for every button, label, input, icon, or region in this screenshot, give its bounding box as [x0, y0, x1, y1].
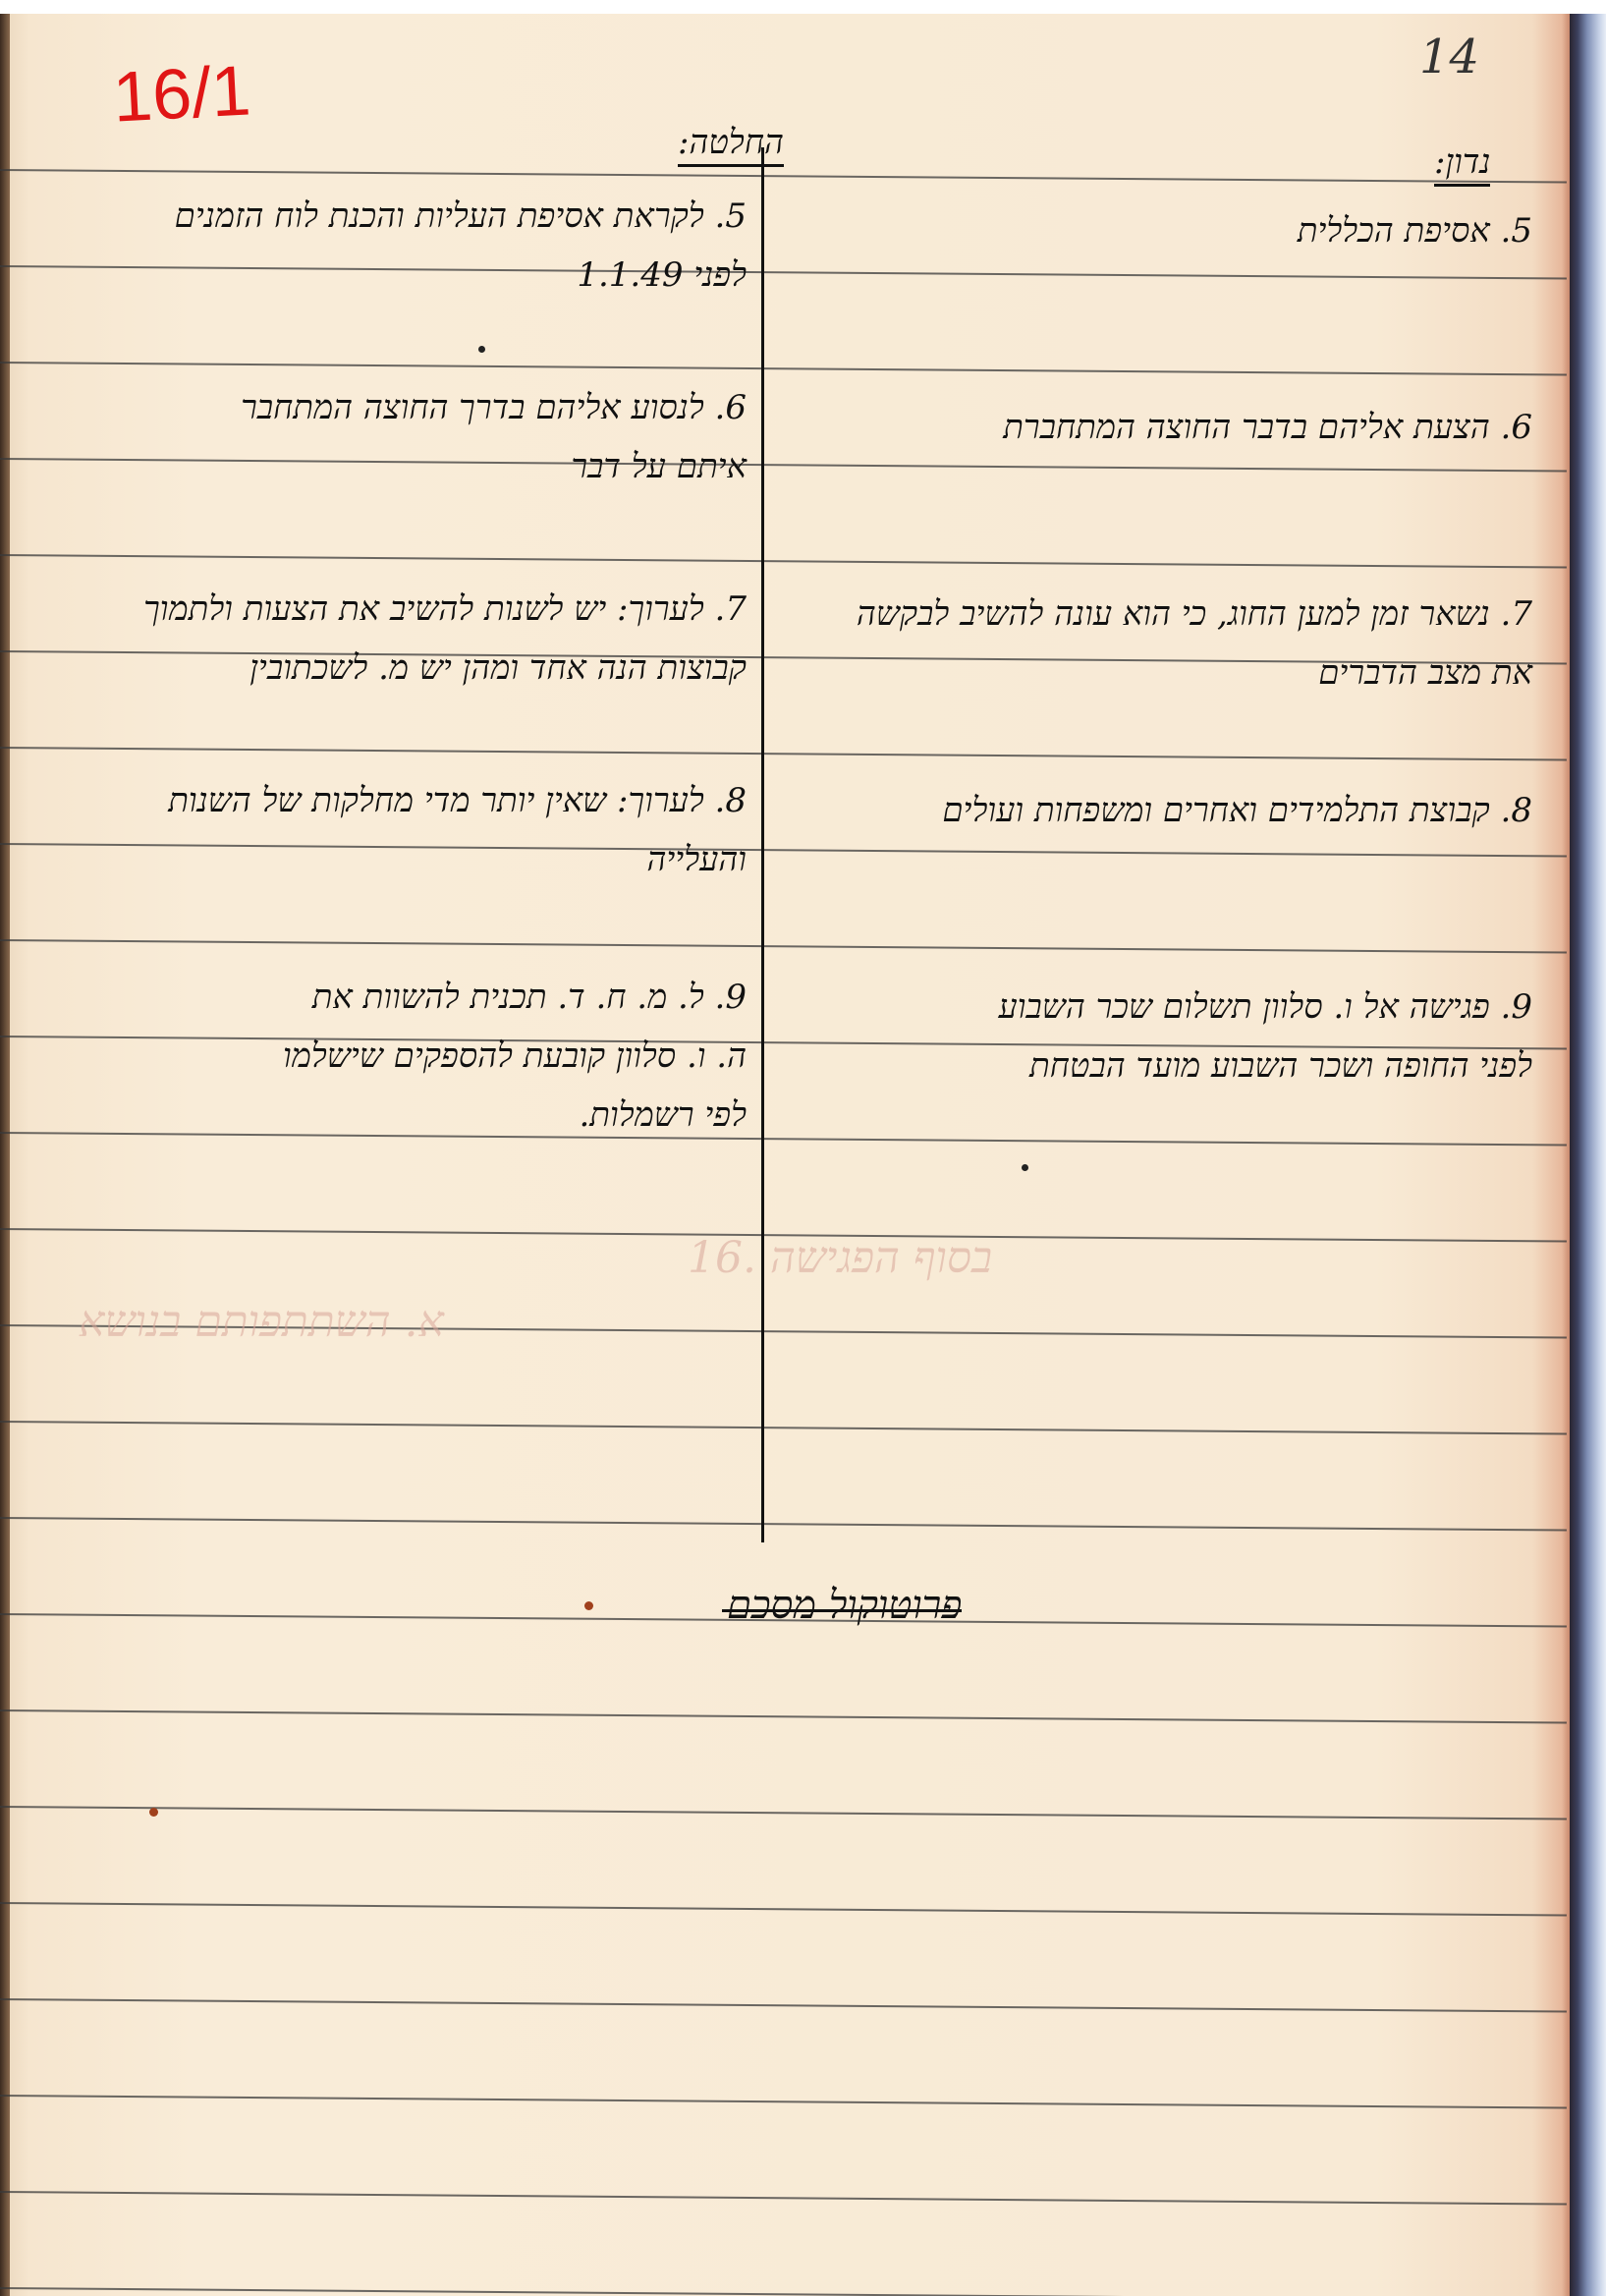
- topic-item-line: 7. נשאר זמן למען החוג, כי הוא עונה להשיב…: [857, 585, 1532, 644]
- signature: פרוטוקול מסכם: [727, 1582, 962, 1628]
- decision-item-line: 9. ל. מ. ח. ד. תכנית להשוות את: [312, 968, 747, 1027]
- decision-item-line: 8. לערוך: שאין יותר מדי מחלקות של השנות: [168, 771, 747, 830]
- decision-item-line: איתם על דבר: [571, 437, 747, 496]
- left-column-heading: החלטה:: [678, 123, 784, 167]
- topic-item-line: 6. הצעת אליהם בדבר החוצה המתחברת: [1003, 398, 1532, 457]
- decision-item-line: 6. לנסוע אליהם בדרך החוצה המתחבר: [241, 378, 747, 437]
- topic-item-line: 5. אסיפת הכללית: [1298, 201, 1532, 260]
- ink-dot: [1022, 1164, 1028, 1171]
- bleed-through-text: א. השתתפותם בנושא: [79, 1297, 444, 1347]
- archive-mark: 16/1: [111, 50, 252, 138]
- notebook-page: [0, 14, 1570, 2296]
- stain-mark: [584, 1601, 593, 1610]
- topic-item-line: את מצב הדברים: [1318, 644, 1532, 702]
- decision-item-line: ה. ו. סלוון קובעת להספקים שישלמו: [283, 1027, 747, 1086]
- decision-item-line: 7. לערוך: יש לשנות להשיב את הצעות ולתמוך: [143, 580, 747, 639]
- decision-item-line: לפני 1.1.49: [577, 246, 747, 305]
- decision-item-line: לפי רשמלות.: [579, 1086, 747, 1145]
- decision-item-line: קבוצות הנה אחד ומהן יש מ. לשכתובין: [249, 639, 747, 698]
- page-number: 14: [1419, 29, 1479, 84]
- decision-item-line: והעלייה: [646, 830, 747, 889]
- bleed-through-text: 16. בסוף הפגישה: [688, 1233, 992, 1283]
- notebook-spine: [1570, 14, 1606, 2296]
- ink-dot: [478, 346, 485, 353]
- stain-mark: [149, 1808, 158, 1817]
- right-column-heading: נדון:: [1434, 142, 1490, 187]
- signature-text: פרוטוקול מסכם: [727, 1583, 962, 1628]
- signature-strike: [722, 1609, 962, 1612]
- column-divider: [761, 147, 764, 1542]
- topic-item-line: 9. פגישה אל ו. סלוון תשלום שכר השבוע: [998, 978, 1532, 1036]
- topic-item-line: 8. קבוצת התלמידים ואחרים ומשפחות ועולים: [942, 781, 1532, 840]
- decision-item-line: 5. לקראת אסיפת העליות והכנת לוח הזמנים: [175, 187, 747, 246]
- topic-item-line: לפני החופה ושכר השבוע מועד הבטחת: [1029, 1036, 1532, 1095]
- page-binding-shadow: [0, 14, 10, 2296]
